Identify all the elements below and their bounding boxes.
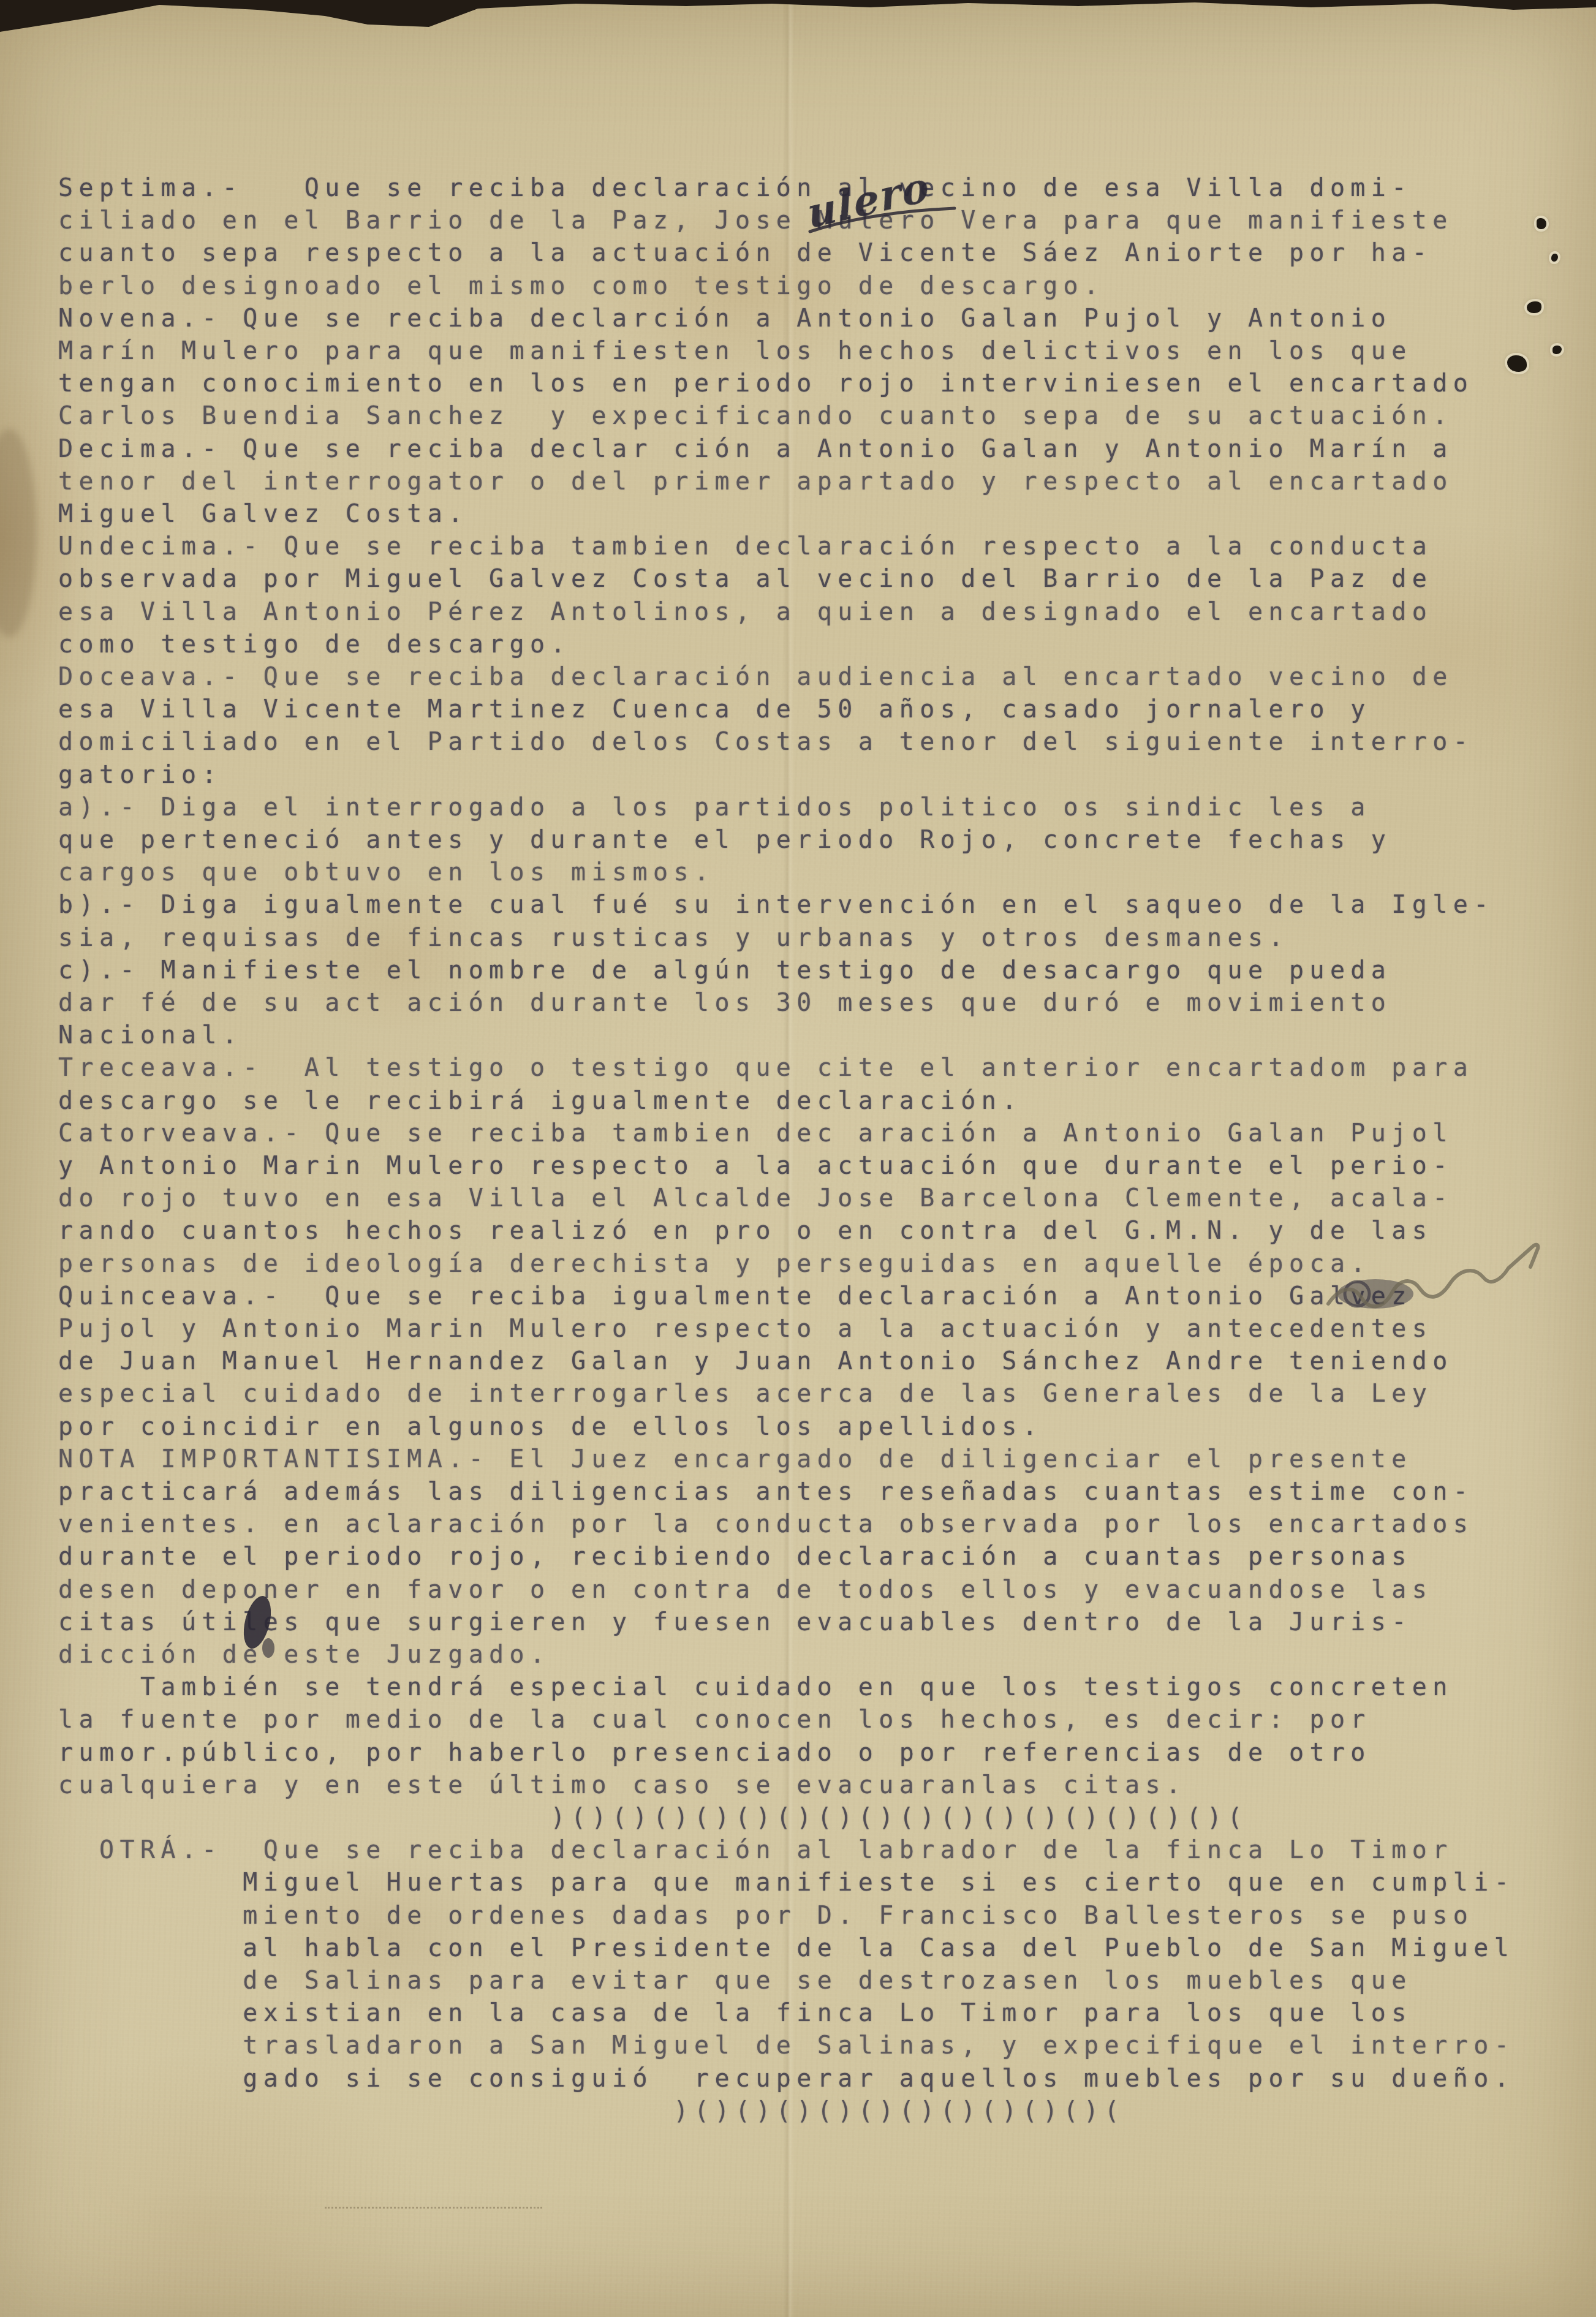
typed-line: dar fé de su act ación durante los 30 me…	[58, 989, 1391, 1017]
typed-line: desen deponer en favor o en contra de to…	[58, 1576, 1432, 1604]
typed-line: esa Villa Antonio Pérez Antolinos, a qui…	[58, 598, 1432, 626]
typed-line: de Salinas para evitar que se destrozase…	[58, 1967, 1412, 1995]
paper-sheet: Septima.- Que se reciba declaración al v…	[0, 0, 1596, 2317]
typed-line: berlo designoado el mismo como testigo d…	[58, 272, 1105, 300]
typed-line: gatorio:	[58, 761, 222, 789]
typed-line: practicará además las diligencias antes …	[58, 1478, 1473, 1506]
typed-line: que perteneció antes y durante el period…	[58, 826, 1391, 854]
typed-line: ciliado en el Barrio de la Paz, Jose Mul…	[58, 206, 1453, 235]
typed-line: Miguel Galvez Costa.	[58, 500, 469, 528]
typed-line: como testigo de descargo.	[58, 630, 571, 659]
typed-line: cualquiera y en este último caso se evac…	[58, 1771, 1187, 1799]
typed-line: )()()()()()()()()()()()()()()()()(	[58, 1804, 1248, 1832]
typed-line: por coincidir en algunos de ellos los ap…	[58, 1413, 1043, 1441]
scanned-typewritten-page: Septima.- Que se reciba declaración al v…	[0, 0, 1596, 2317]
typed-line: esa Villa Vicente Martinez Cuenca de 50 …	[58, 695, 1371, 724]
typed-line: y Antonio Marin Mulero respecto a la act…	[58, 1152, 1453, 1180]
typed-line: Miguel Huertas para que manifieste si es…	[58, 1869, 1515, 1897]
typed-line: trasladaron a San Miguel de Salinas, y e…	[58, 2032, 1515, 2060]
typed-line: domiciliado en el Partido delos Costas a…	[58, 728, 1473, 756]
typed-line: Treceava.- Al testigo o testigo que cite…	[58, 1054, 1473, 1082]
typed-line: citas útiles que surgieren y fuesen evac…	[58, 1608, 1412, 1636]
typed-line: especial cuidado de interrogarles acerca…	[58, 1380, 1432, 1408]
typed-line: OTRÁ.- Que se reciba declaración al labr…	[58, 1836, 1453, 1864]
typed-line: descargo se le recibirá igualmente decla…	[58, 1087, 1023, 1115]
faint-impression-line	[325, 2207, 542, 2209]
typed-line: b).- Diga igualmente cual fué su interve…	[58, 891, 1494, 919]
typed-line: a).- Diga el interrogado a los partidos …	[58, 793, 1371, 822]
typed-line: observada por Miguel Galvez Costa al vec…	[58, 565, 1432, 593]
typed-line: sia, requisas de fincas rusticas y urban…	[58, 924, 1289, 952]
typed-line: do rojo tuvo en esa Villa el Alcalde Jos…	[58, 1184, 1453, 1212]
typed-line: rumor.público, por haberlo presenciado o…	[58, 1739, 1371, 1767]
typed-line: Decima.- Que se reciba declar ción a Ant…	[58, 435, 1453, 463]
typed-line: c).- Manifieste el nombre de algún testi…	[58, 956, 1391, 985]
typed-line: Pujol y Antonio Marin Mulero respecto a …	[58, 1315, 1432, 1343]
typed-line: al habla con el Presidente de la Casa de…	[58, 1934, 1515, 1962]
typed-line: Quinceava.- Que se reciba igualmente dec…	[58, 1282, 1412, 1310]
typed-line: durante el periodo rojo, recibiendo decl…	[58, 1543, 1412, 1571]
typed-line: )()()()()()()()()()()(	[58, 2097, 1125, 2125]
typed-line: También se tendrá especial cuidado en qu…	[58, 1673, 1453, 1701]
typed-line: tengan conocimiento en los en periodo ro…	[58, 369, 1473, 398]
typed-line: existian en la casa de la finca Lo Timor…	[58, 1999, 1412, 2027]
typed-line: Undecima.- Que se reciba tambien declara…	[58, 532, 1432, 561]
paper-hole	[1537, 218, 1546, 229]
typed-line: cargos que obtuvo en los mismos.	[58, 858, 714, 886]
typed-line: Septima.- Que se reciba declaración al v…	[58, 174, 1412, 202]
typed-line: personas de ideología derechista y perse…	[58, 1250, 1371, 1278]
typed-line: Novena.- Que se reciba declarción a Anto…	[58, 304, 1391, 333]
typed-line: miento de ordenes dadas por D. Francisco…	[58, 1902, 1473, 1930]
typed-line: cuanto sepa respecto a la actuación de V…	[58, 239, 1432, 267]
typed-line: rando cuantos hechos realizó en pro o en…	[58, 1217, 1432, 1245]
typed-line: Catorveava.- Que se reciba tambien dec a…	[58, 1119, 1453, 1147]
typed-line: Doceava.- Que se reciba declaración audi…	[58, 663, 1453, 691]
typed-line: tenor del interrogator o del primer apar…	[58, 467, 1453, 496]
typed-line: dicción de este Juzgado.	[58, 1641, 551, 1669]
paper-hole	[1527, 301, 1541, 313]
typed-line: NOTA IMPORTANTISIMA.- El Juez encargado …	[58, 1445, 1412, 1473]
typed-line: gado si se consiguió recuperar aquellos …	[58, 2065, 1515, 2093]
typed-line: venientes. en aclaración por la conducta…	[58, 1510, 1473, 1538]
typed-line: la fuente por medio de la cual conocen l…	[58, 1706, 1371, 1734]
typed-line: Marín Mulero para que manifiesten los he…	[58, 337, 1412, 365]
typed-line: Carlos Buendia Sanchez y expecificando c…	[58, 402, 1453, 430]
typed-line: de Juan Manuel Hernandez Galan y Juan An…	[58, 1347, 1453, 1375]
typed-line: Nacional.	[58, 1021, 243, 1049]
